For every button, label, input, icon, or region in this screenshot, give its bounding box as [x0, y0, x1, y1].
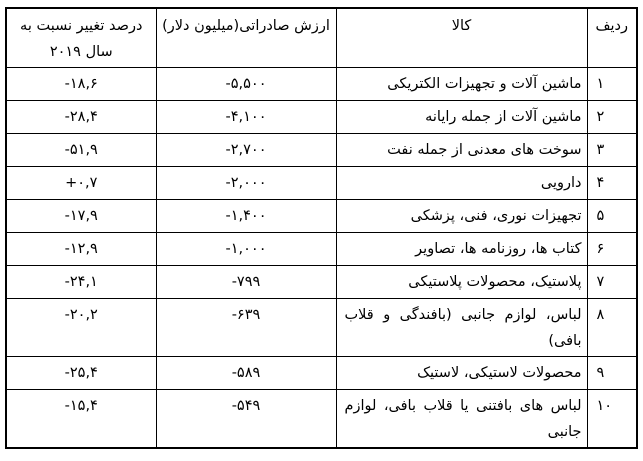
table-row: ۹ محصولات لاستیکی، لاستیک -۵۸۹ -۲۵,۴ [6, 357, 637, 390]
table-row: ۸ لباس، لوازم جانبی (بافندگی و قلاب بافی… [6, 299, 637, 357]
row-index-cell: ۴ [587, 167, 637, 200]
row-index-cell: ۱۰ [587, 390, 637, 449]
table-row: ۴ دارویی -۲,۰۰۰ +۰,۷ [6, 167, 637, 200]
row-index-cell: ۸ [587, 299, 637, 357]
header-export-value: ارزش صادراتی(میلیون دلار) [156, 8, 336, 68]
header-row-index: ردیف [587, 8, 637, 68]
export-value-cell: -۵۴۹ [156, 390, 336, 449]
percent-change-cell: -۲۵,۴ [6, 357, 156, 390]
document-page: ردیف کالا ارزش صادراتی(میلیون دلار) درصد… [0, 0, 643, 449]
table-body: ۱ ماشین آلات و تجهیزات الکتریکی -۵,۵۰۰ -… [6, 68, 637, 449]
percent-change-cell: -۱۷,۹ [6, 200, 156, 233]
table-row: ۵ تجهیزات نوری، فنی، پزشکی -۱,۴۰۰ -۱۷,۹ [6, 200, 637, 233]
header-percent-change-line2: سال ۲۰۱۹ [10, 39, 153, 65]
percent-change-cell: +۰,۷ [6, 167, 156, 200]
export-value-cell: -۲,۰۰۰ [156, 167, 336, 200]
commodity-name-cell: تجهیزات نوری، فنی، پزشکی [336, 200, 587, 233]
commodity-name-cell: کتاب ها، روزنامه ها، تصاویر [336, 233, 587, 266]
commodity-name-cell: ماشین آلات و تجهیزات الکتریکی [336, 68, 587, 101]
export-value-cell: -۲,۷۰۰ [156, 134, 336, 167]
header-row: ردیف کالا ارزش صادراتی(میلیون دلار) درصد… [6, 8, 637, 68]
row-index-cell: ۹ [587, 357, 637, 390]
table-row: ۱۰ لباس های بافتنی یا قلاب بافی، لوازم ج… [6, 390, 637, 449]
row-index-cell: ۶ [587, 233, 637, 266]
export-value-cell: -۷۹۹ [156, 266, 336, 299]
export-value-cell: -۶۳۹ [156, 299, 336, 357]
row-index-cell: ۱ [587, 68, 637, 101]
header-percent-change: درصد تغییر نسبت به سال ۲۰۱۹ [6, 8, 156, 68]
header-row-index-label: ردیف [591, 13, 634, 39]
header-percent-change-line1: درصد تغییر نسبت به [10, 13, 153, 39]
table-row: ۱ ماشین آلات و تجهیزات الکتریکی -۵,۵۰۰ -… [6, 68, 637, 101]
export-value-cell: -۱,۴۰۰ [156, 200, 336, 233]
export-value-cell: -۵۸۹ [156, 357, 336, 390]
table-row: ۲ ماشین آلات از جمله رایانه -۴,۱۰۰ -۲۸,۴ [6, 101, 637, 134]
commodity-name-cell: دارویی [336, 167, 587, 200]
exports-change-table: ردیف کالا ارزش صادراتی(میلیون دلار) درصد… [5, 7, 638, 449]
export-value-cell: -۱,۰۰۰ [156, 233, 336, 266]
header-commodity-label: کالا [340, 13, 584, 39]
table-row: ۷ پلاستیک، محصولات پلاستیکی -۷۹۹ -۲۴,۱ [6, 266, 637, 299]
percent-change-cell: -۵۱,۹ [6, 134, 156, 167]
commodity-name-cell: سوخت های معدنی از جمله نفت [336, 134, 587, 167]
table-row: ۶ کتاب ها، روزنامه ها، تصاویر -۱,۰۰۰ -۱۲… [6, 233, 637, 266]
export-value-cell: -۴,۱۰۰ [156, 101, 336, 134]
table-row: ۳ سوخت های معدنی از جمله نفت -۲,۷۰۰ -۵۱,… [6, 134, 637, 167]
commodity-name-cell: محصولات لاستیکی، لاستیک [336, 357, 587, 390]
percent-change-cell: -۲۴,۱ [6, 266, 156, 299]
commodity-name-cell: لباس های بافتنی یا قلاب بافی، لوازم جانب… [336, 390, 587, 449]
commodity-name-cell: ماشین آلات از جمله رایانه [336, 101, 587, 134]
percent-change-cell: -۲۸,۴ [6, 101, 156, 134]
export-value-cell: -۵,۵۰۰ [156, 68, 336, 101]
commodity-name-cell: لباس، لوازم جانبی (بافندگی و قلاب بافی) [336, 299, 587, 357]
percent-change-cell: -۲۰,۲ [6, 299, 156, 357]
percent-change-cell: -۱۵,۴ [6, 390, 156, 449]
header-export-value-label: ارزش صادراتی(میلیون دلار) [160, 13, 333, 39]
row-index-cell: ۲ [587, 101, 637, 134]
row-index-cell: ۷ [587, 266, 637, 299]
table-header: ردیف کالا ارزش صادراتی(میلیون دلار) درصد… [6, 8, 637, 68]
commodity-name-cell: پلاستیک، محصولات پلاستیکی [336, 266, 587, 299]
row-index-cell: ۵ [587, 200, 637, 233]
row-index-cell: ۳ [587, 134, 637, 167]
percent-change-cell: -۱۲,۹ [6, 233, 156, 266]
percent-change-cell: -۱۸,۶ [6, 68, 156, 101]
header-commodity: کالا [336, 8, 587, 68]
